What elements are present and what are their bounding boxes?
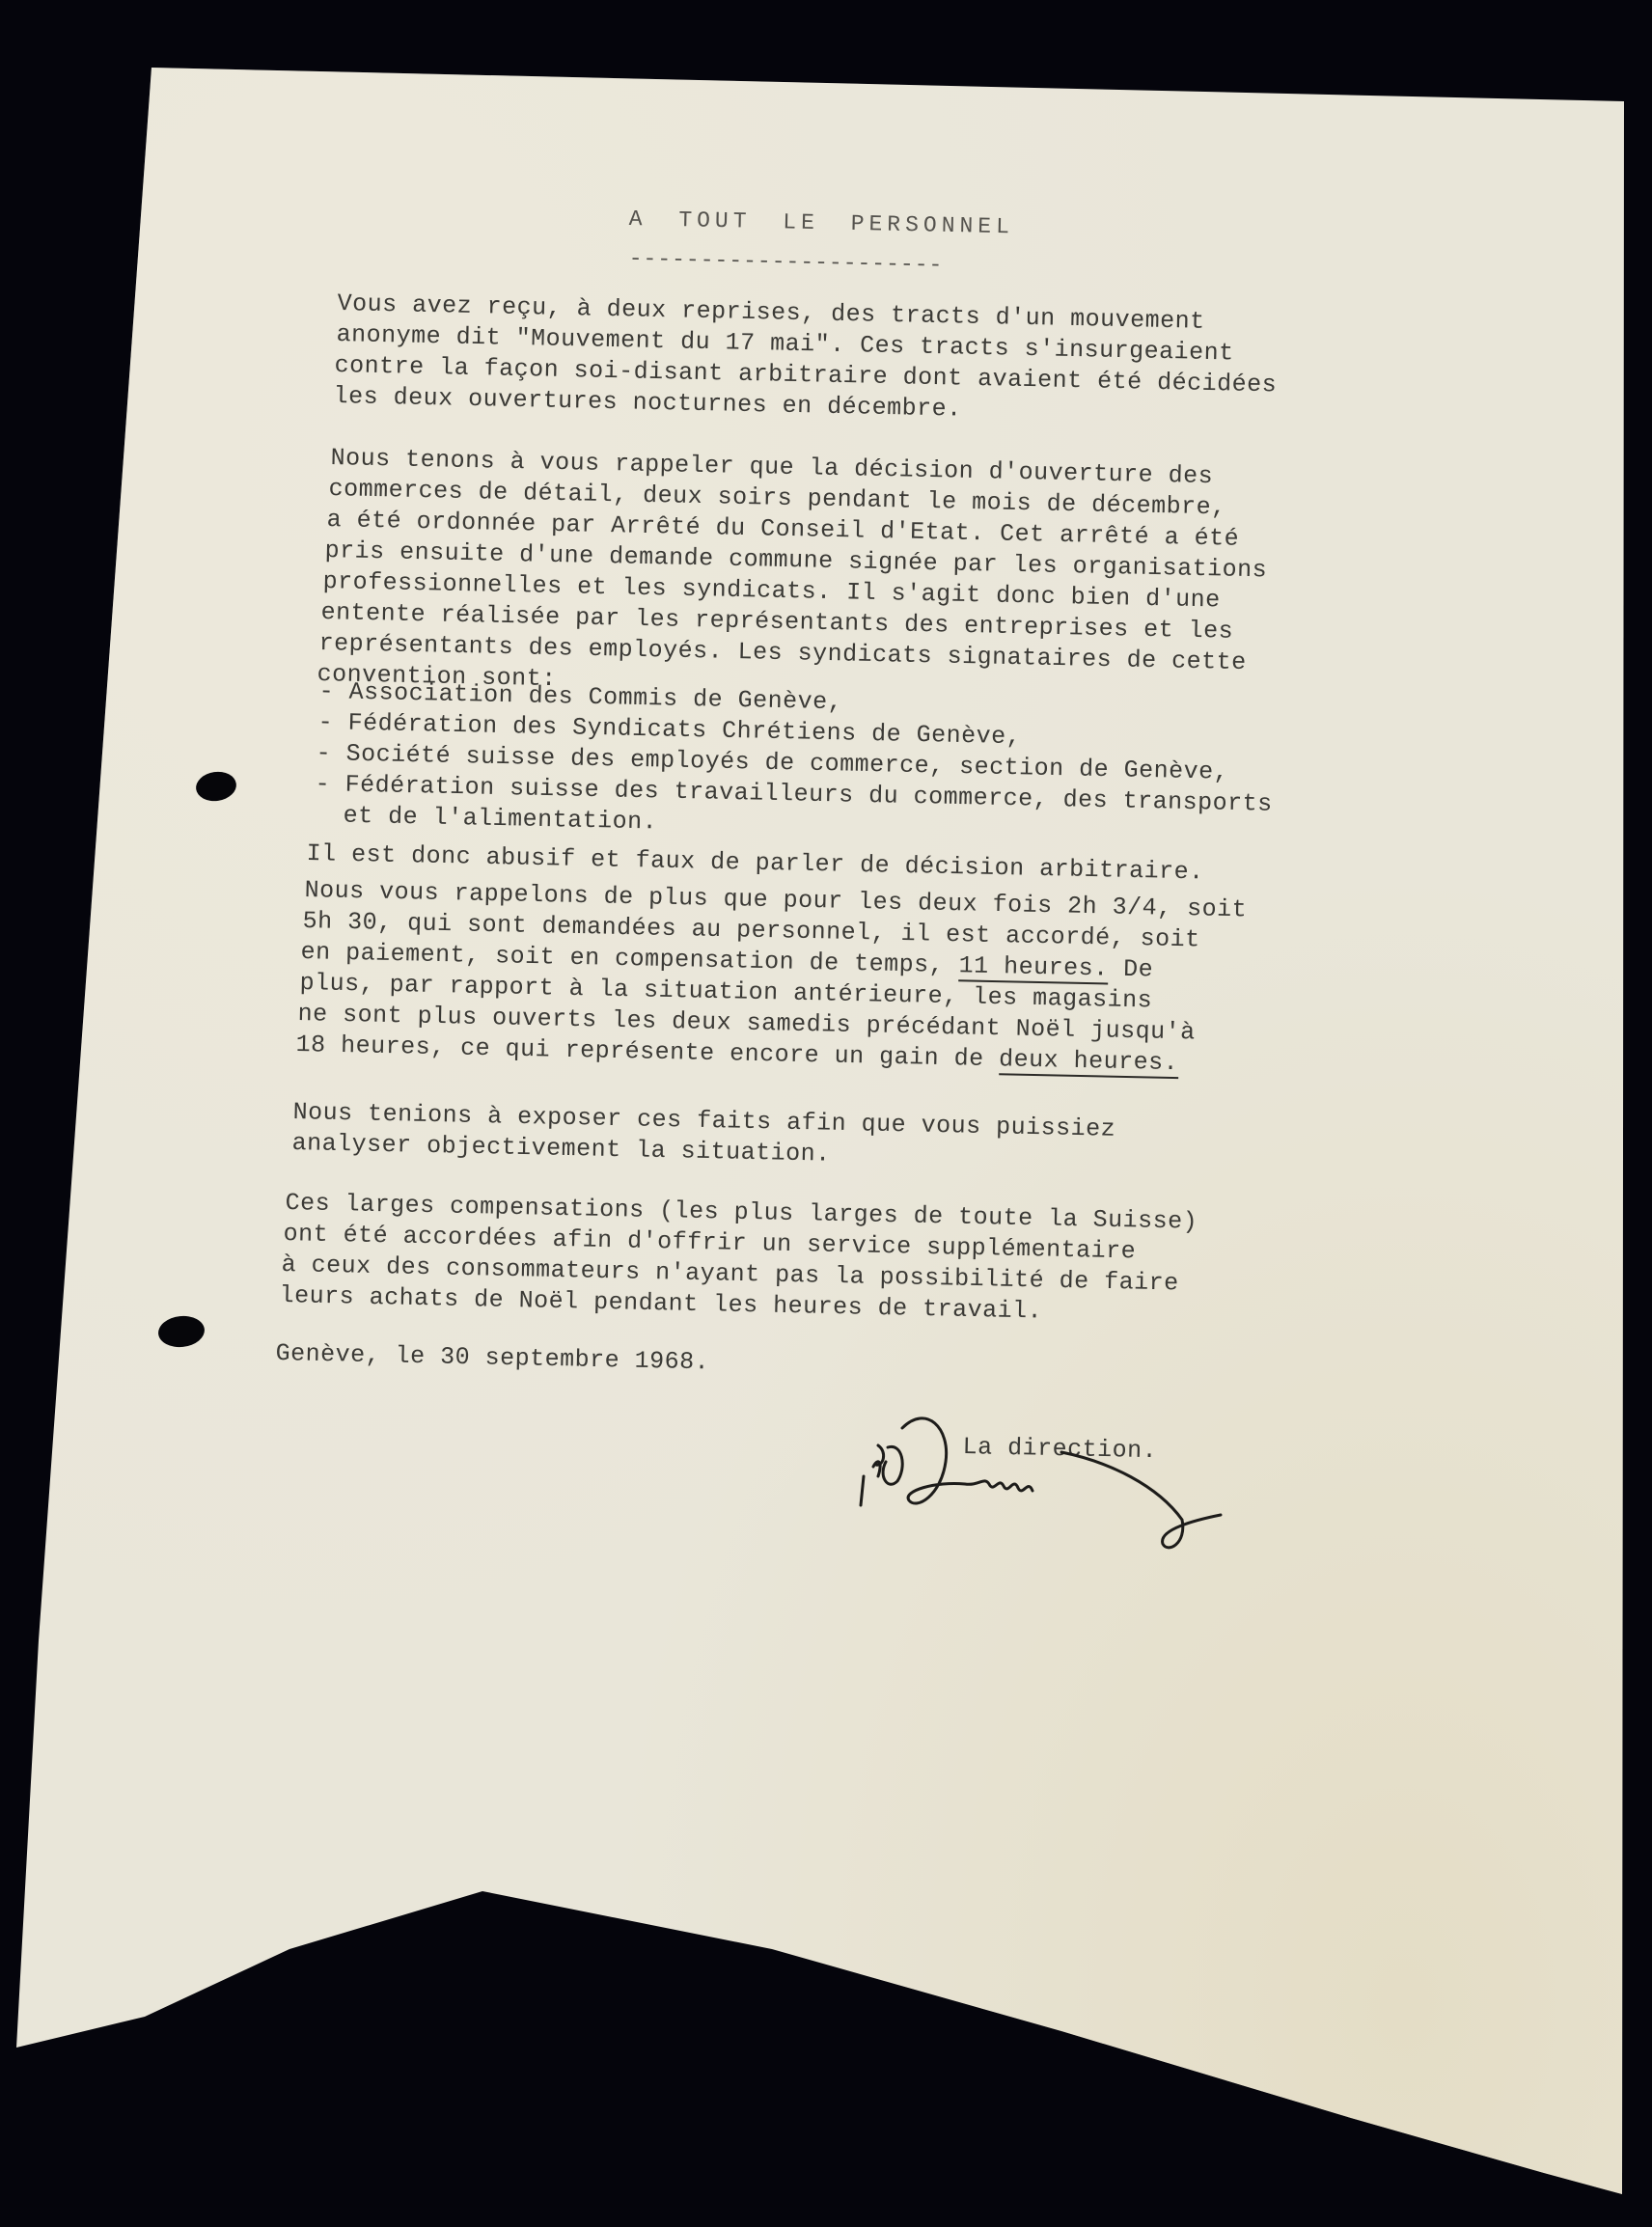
handwritten-signature bbox=[849, 1409, 1254, 1563]
emphasis-deux-heures: deux heures. bbox=[999, 1045, 1179, 1079]
emphasis-11-heures: 11 heures. bbox=[959, 951, 1110, 984]
